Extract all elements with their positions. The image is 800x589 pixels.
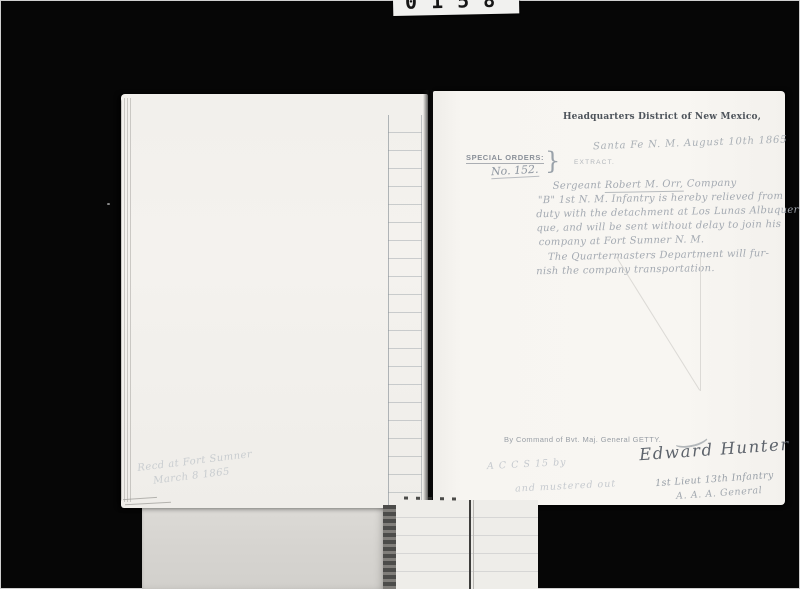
underlying-page-below [396, 500, 538, 589]
page-seam-highlight [473, 500, 474, 589]
body-line-3: duty with the detachment at Los Lunas Al… [536, 205, 800, 221]
seam-smudge-marks [404, 497, 456, 501]
dust-speck [107, 203, 110, 205]
body-line-5: company at Fort Sumner N. M. [539, 234, 705, 248]
body-line-6: The Quartermasters Department will fur- [548, 248, 770, 263]
left-ledger-page: Recd at Fort Sumner March 8 1865 [121, 94, 428, 508]
by-command-line: By Command of Bvt. Maj. General GETTY. [504, 435, 661, 444]
order-body-text: Sergeant Robert M. Orr, Company "B" 1st … [433, 85, 789, 311]
body-line-1: Sergeant Robert M. Orr, Company [553, 178, 737, 192]
frame-number-digits: 0158 [393, 0, 519, 12]
binding-stitch-edge [383, 505, 396, 589]
signature-office-line: A. A. A. General [676, 485, 763, 502]
body-line1-tail: Company [683, 178, 736, 190]
right-ledger-page: Headquarters District of New Mexico, San… [433, 91, 785, 505]
body-line-2: "B" 1st N. M. Infantry is hereby relieve… [538, 191, 783, 206]
pencil-notation-line2: and mustered out [515, 478, 617, 494]
scanned-ledger-photo: 0158 Recd at Fort Sumner March 8 1865 He… [0, 0, 800, 589]
fold-crease-vertical [700, 257, 701, 391]
page-seam-line [469, 500, 471, 589]
pencil-notation-line1: A C C S 15 by [487, 457, 567, 472]
body-line1-lead: Sergeant [553, 180, 605, 192]
film-frame-number-label: 0158 [393, 0, 519, 16]
book-cover-below [142, 508, 388, 589]
adjutant-signature: Edward Hunter [639, 435, 791, 464]
body-line-4: que, and will be sent without delay to j… [536, 219, 781, 234]
page-stack-edge-texture [121, 98, 132, 502]
ruled-margin-column [388, 115, 422, 505]
soldier-name: Robert M. Orr, [605, 179, 684, 193]
stacked-sheet-edge [125, 502, 171, 505]
